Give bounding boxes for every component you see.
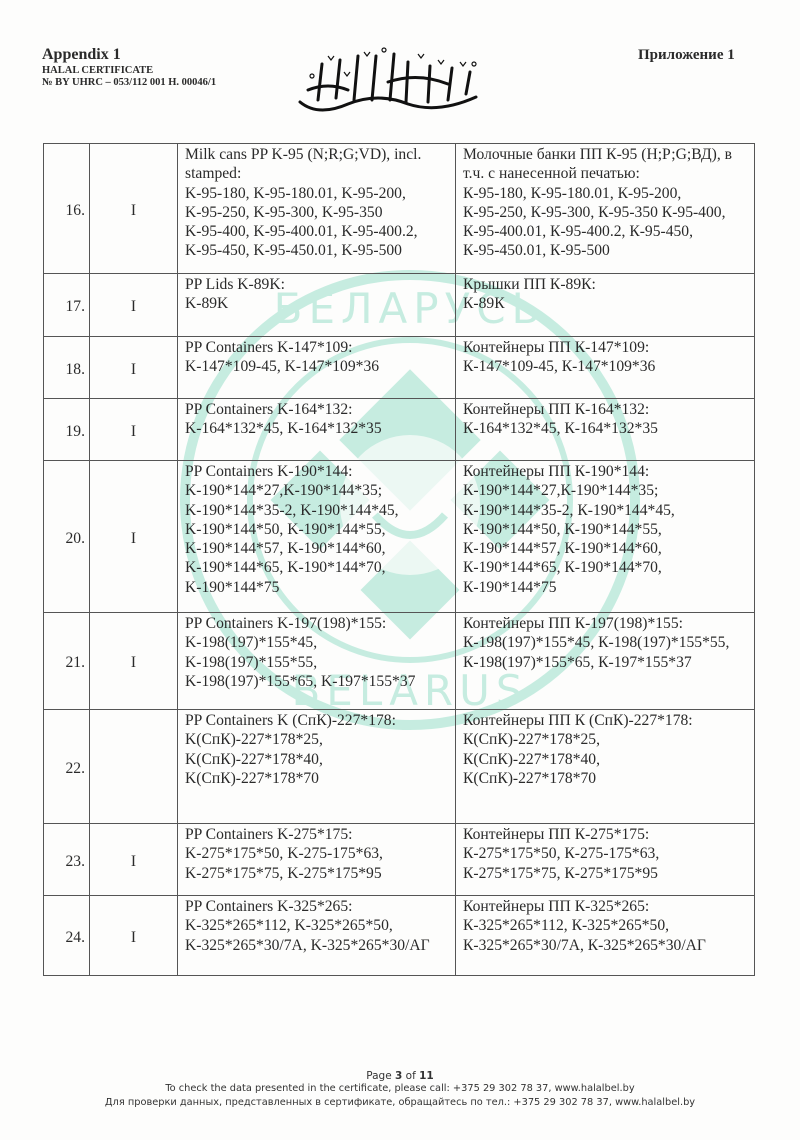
description-line: K-198(197)*155*55, [185,653,448,672]
row-number: 23. [44,824,90,896]
description-line: K-95-450, K-95-450.01, K-95-500 [185,241,448,260]
description-en: PP Containers K-164*132:K-164*132*45, K-… [178,399,456,461]
description-line: К(СпК)-227*178*40, [463,750,747,769]
table-row: 23.IPP Containers K-275*175:K-275*175*50… [44,824,755,896]
table-row: 16.IMilk cans PP K-95 (N;R;G;VD), incl.s… [44,144,755,274]
description-line: К-89К [463,294,747,313]
description-line: К-190*144*65, К-190*144*70, [463,558,747,577]
description-line: K-198(197)*155*45, [185,633,448,652]
description-line: Контейнеры ПП К-325*265: [463,897,747,916]
description-en: PP Containers K-325*265:K-325*265*112, K… [178,896,456,976]
certificate-type: HALAL CERTIFICATE [42,65,216,76]
description-en: Milk cans PP K-95 (N;R;G;VD), incl.stamp… [178,144,456,274]
description-ru: Контейнеры ПП К-275*175:К-275*175*50, К-… [456,824,755,896]
description-line: К-198(197)*155*65, К-197*155*37 [463,653,747,672]
description-line: К-95-250, К-95-300, К-95-350 К-95-400, [463,203,747,222]
row-number: 18. [44,337,90,399]
description-line: PP Containers K-197(198)*155: [185,614,448,633]
row-number: 16. [44,144,90,274]
table-row: 19.IPP Containers K-164*132:K-164*132*45… [44,399,755,461]
description-ru: Молочные банки ПП К-95 (Н;Р;G;ВД), вт.ч.… [456,144,755,274]
table-row: 24.IPP Containers K-325*265:K-325*265*11… [44,896,755,976]
row-group: I [90,824,178,896]
description-line: PP Containers K-275*175: [185,825,448,844]
description-ru: Контейнеры ПП К-325*265:К-325*265*112, К… [456,896,755,976]
description-line: Контейнеры ПП К (СпК)-227*178: [463,711,747,730]
description-line: K(СпК)-227*178*70 [185,769,448,788]
description-line: K-95-250, K-95-300, K-95-350 [185,203,448,222]
table-row: 22.PP Containers K (СпК)-227*178:K(СпК)-… [44,710,755,824]
verification-note-ru: Для проверки данных, представленных в се… [0,1097,800,1108]
description-ru: Крышки ПП К-89К:К-89К [456,274,755,337]
description-line: Контейнеры ПП К-190*144: [463,462,747,481]
description-line: Контейнеры ПП К-147*109: [463,338,747,357]
description-line: К(СпК)-227*178*70 [463,769,747,788]
product-table: 16.IMilk cans PP K-95 (N;R;G;VD), incl.s… [43,143,755,976]
basmala-calligraphy-icon [288,42,488,122]
row-group: I [90,144,178,274]
page-total: 11 [419,1070,434,1082]
description-line: K-275*175*75, K-275*175*95 [185,864,448,883]
document-header-left: Appendix 1 HALAL CERTIFICATE № BY UHRC –… [42,47,216,88]
description-line: stamped: [185,164,448,183]
row-number: 24. [44,896,90,976]
description-en: PP Containers K-275*175:K-275*175*50, K-… [178,824,456,896]
row-group: I [90,613,178,710]
description-ru: Контейнеры ПП К (СпК)-227*178:К(СпК)-227… [456,710,755,824]
description-line: PP Lids K-89K: [185,275,448,294]
description-line: K-95-400, K-95-400.01, K-95-400.2, [185,222,448,241]
row-number: 20. [44,461,90,613]
description-line: K-275*175*50, K-275-175*63, [185,844,448,863]
row-group: I [90,896,178,976]
description-line: K-89K [185,294,448,313]
description-line: K-190*144*35-2, K-190*144*45, [185,501,448,520]
description-line: PP Containers K (СпК)-227*178: [185,711,448,730]
description-en: PP Containers K-147*109:K-147*109-45, K-… [178,337,456,399]
description-line: К-275*175*50, К-275-175*63, [463,844,747,863]
description-line: К-190*144*35-2, К-190*144*45, [463,501,747,520]
description-line: К-190*144*57, К-190*144*60, [463,539,747,558]
description-line: К-95-180, К-95-180.01, К-95-200, [463,184,747,203]
description-line: Контейнеры ПП К-164*132: [463,400,747,419]
description-line: K-325*265*30/7A, K-325*265*30/AГ [185,936,448,955]
description-line: К(СпК)-227*178*25, [463,730,747,749]
row-group: I [90,274,178,337]
description-line: PP Containers K-164*132: [185,400,448,419]
description-line: K-190*144*65, K-190*144*70, [185,558,448,577]
description-line: К-275*175*75, К-275*175*95 [463,864,747,883]
description-line: K-325*265*112, K-325*265*50, [185,916,448,935]
description-line: К-325*265*30/7А, К-325*265*30/АГ [463,936,747,955]
description-line: K-95-180, K-95-180.01, K-95-200, [185,184,448,203]
page-indicator: Page 3 of 11 [0,1070,800,1082]
row-group: I [90,337,178,399]
description-line: К-164*132*45, К-164*132*35 [463,419,747,438]
row-number: 21. [44,613,90,710]
description-line: PP Containers K-325*265: [185,897,448,916]
appendix-title: Appendix 1 [42,47,216,64]
description-line: K-198(197)*155*65, K-197*155*37 [185,672,448,691]
description-en: PP Containers K-190*144:K-190*144*27,K-1… [178,461,456,613]
description-ru: Контейнеры ПП К-190*144:К-190*144*27,К-1… [456,461,755,613]
description-line: К-147*109-45, К-147*109*36 [463,357,747,376]
row-group: I [90,399,178,461]
table-row: 21.IPP Containers K-197(198)*155:K-198(1… [44,613,755,710]
description-line: K-147*109-45, K-147*109*36 [185,357,448,376]
description-line: K(СпК)-227*178*25, [185,730,448,749]
description-line: PP Containers K-147*109: [185,338,448,357]
description-line: К-190*144*75 [463,578,747,597]
description-line: Контейнеры ПП К-275*175: [463,825,747,844]
description-line: Контейнеры ПП К-197(198)*155: [463,614,747,633]
description-ru: Контейнеры ПП К-197(198)*155:К-198(197)*… [456,613,755,710]
verification-note-en: To check the data presented in the certi… [0,1083,800,1094]
description-line: Milk cans PP K-95 (N;R;G;VD), incl. [185,145,448,164]
table-row: 17.IPP Lids K-89K:K-89KКрышки ПП К-89К:К… [44,274,755,337]
description-line: K-190*144*50, K-190*144*55, [185,520,448,539]
description-line: К-190*144*27,К-190*144*35; [463,481,747,500]
description-line: Крышки ПП К-89К: [463,275,747,294]
row-number: 17. [44,274,90,337]
description-line: K-190*144*57, K-190*144*60, [185,539,448,558]
table-row: 20.IPP Containers K-190*144:K-190*144*27… [44,461,755,613]
description-line: К-95-450.01, К-95-500 [463,241,747,260]
description-ru: Контейнеры ПП К-164*132:К-164*132*45, К-… [456,399,755,461]
description-line: т.ч. с нанесенной печатью: [463,164,747,183]
description-line: К-325*265*112, К-325*265*50, [463,916,747,935]
description-en: PP Lids K-89K:K-89K [178,274,456,337]
description-line: К-198(197)*155*45, К-198(197)*155*55, [463,633,747,652]
row-number: 19. [44,399,90,461]
appendix-title-ru: Приложение 1 [638,47,735,64]
description-line: PP Containers K-190*144: [185,462,448,481]
row-group [90,710,178,824]
row-number: 22. [44,710,90,824]
description-line: K-190*144*27,K-190*144*35; [185,481,448,500]
description-line: K-190*144*75 [185,578,448,597]
description-line: К-190*144*50, К-190*144*55, [463,520,747,539]
description-en: PP Containers K (СпК)-227*178:K(СпК)-227… [178,710,456,824]
certificate-number: № BY UHRC – 053/112 001 H. 00046/1 [42,77,216,88]
description-line: K-164*132*45, K-164*132*35 [185,419,448,438]
row-group: I [90,461,178,613]
description-line: К-95-400.01, К-95-400.2, К-95-450, [463,222,747,241]
description-line: K(СпК)-227*178*40, [185,750,448,769]
description-line: Молочные банки ПП К-95 (Н;Р;G;ВД), в [463,145,747,164]
description-en: PP Containers K-197(198)*155:K-198(197)*… [178,613,456,710]
table-row: 18.IPP Containers K-147*109:K-147*109-45… [44,337,755,399]
description-ru: Контейнеры ПП К-147*109:К-147*109-45, К-… [456,337,755,399]
